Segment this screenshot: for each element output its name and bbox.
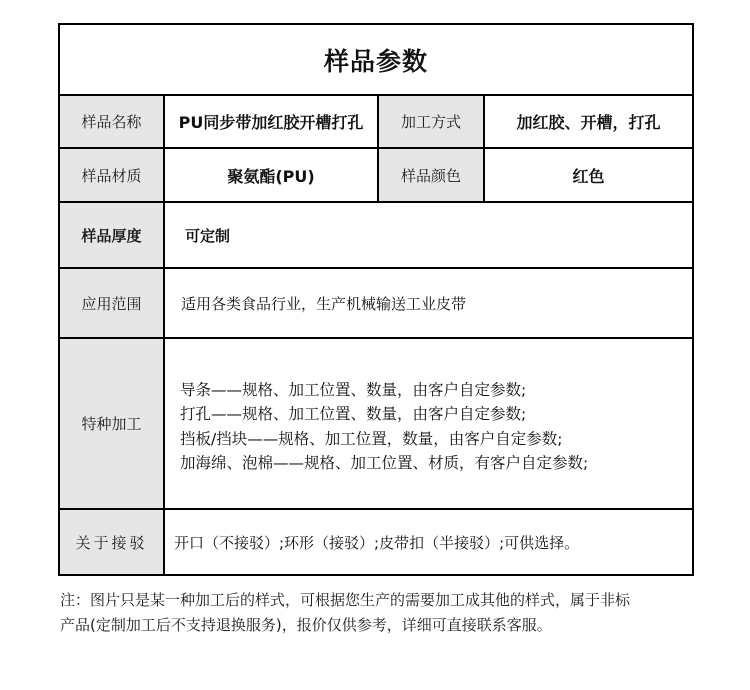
footnote-line: 注：图片只是某一种加工后的样式，可根据您生产的需要加工成其他的样式，属于非标 — [60, 588, 720, 613]
value-process-method: 加红胶、开槽，打孔 — [484, 95, 693, 148]
table-row-special: 特种加工 导条——规格、加工位置、数量，由客户自定参数; 打孔——规格、加工位置… — [59, 338, 693, 509]
table-row-name: 样品名称 PU同步带加红胶开槽打孔 加工方式 加红胶、开槽，打孔 — [59, 95, 693, 148]
special-line: 打孔——规格、加工位置、数量，由客户自定参数; — [180, 402, 692, 427]
value-application-scope: 适用各类食品行业，生产机械输送工业皮带 — [164, 268, 693, 338]
value-splicing: 开口（不接驳）;环形（接驳）;皮带扣（半接驳）;可供选择。 — [164, 509, 693, 575]
table-row-material: 样品材质 聚氨酯(PU) 样品颜色 红色 — [59, 148, 693, 202]
label-sample-name: 样品名称 — [59, 95, 164, 148]
table-row-application: 应用范围 适用各类食品行业，生产机械输送工业皮带 — [59, 268, 693, 338]
label-splicing: 关于接驳 — [59, 509, 164, 575]
label-sample-color: 样品颜色 — [378, 148, 484, 202]
label-application-scope: 应用范围 — [59, 268, 164, 338]
value-special-processing: 导条——规格、加工位置、数量，由客户自定参数; 打孔——规格、加工位置、数量，由… — [164, 338, 693, 509]
table-title: 样品参数 — [59, 24, 693, 95]
special-line: 挡板/挡块——规格、加工位置，数量，由客户自定参数; — [180, 427, 692, 452]
table-row-splice: 关于接驳 开口（不接驳）;环形（接驳）;皮带扣（半接驳）;可供选择。 — [59, 509, 693, 575]
footnote: 注：图片只是某一种加工后的样式，可根据您生产的需要加工成其他的样式，属于非标 产… — [60, 588, 720, 638]
footnote-line: 产品(定制加工后不支持退换服务)，报价仅供参考，详细可直接联系客服。 — [60, 613, 720, 638]
label-sample-thickness: 样品厚度 — [59, 202, 164, 268]
spec-table: 样品参数 样品名称 PU同步带加红胶开槽打孔 加工方式 加红胶、开槽，打孔 样品… — [58, 23, 694, 576]
value-sample-name: PU同步带加红胶开槽打孔 — [164, 95, 378, 148]
value-sample-material: 聚氨酯(PU) — [164, 148, 378, 202]
label-sample-material: 样品材质 — [59, 148, 164, 202]
title-row: 样品参数 — [59, 24, 693, 95]
special-line: 加海绵、泡棉——规格、加工位置、材质，有客户自定参数; — [180, 451, 692, 476]
value-sample-color: 红色 — [484, 148, 693, 202]
label-special-processing: 特种加工 — [59, 338, 164, 509]
table-row-thickness: 样品厚度 可定制 — [59, 202, 693, 268]
special-line: 导条——规格、加工位置、数量，由客户自定参数; — [180, 378, 692, 403]
value-sample-thickness: 可定制 — [164, 202, 693, 268]
label-process-method: 加工方式 — [378, 95, 484, 148]
